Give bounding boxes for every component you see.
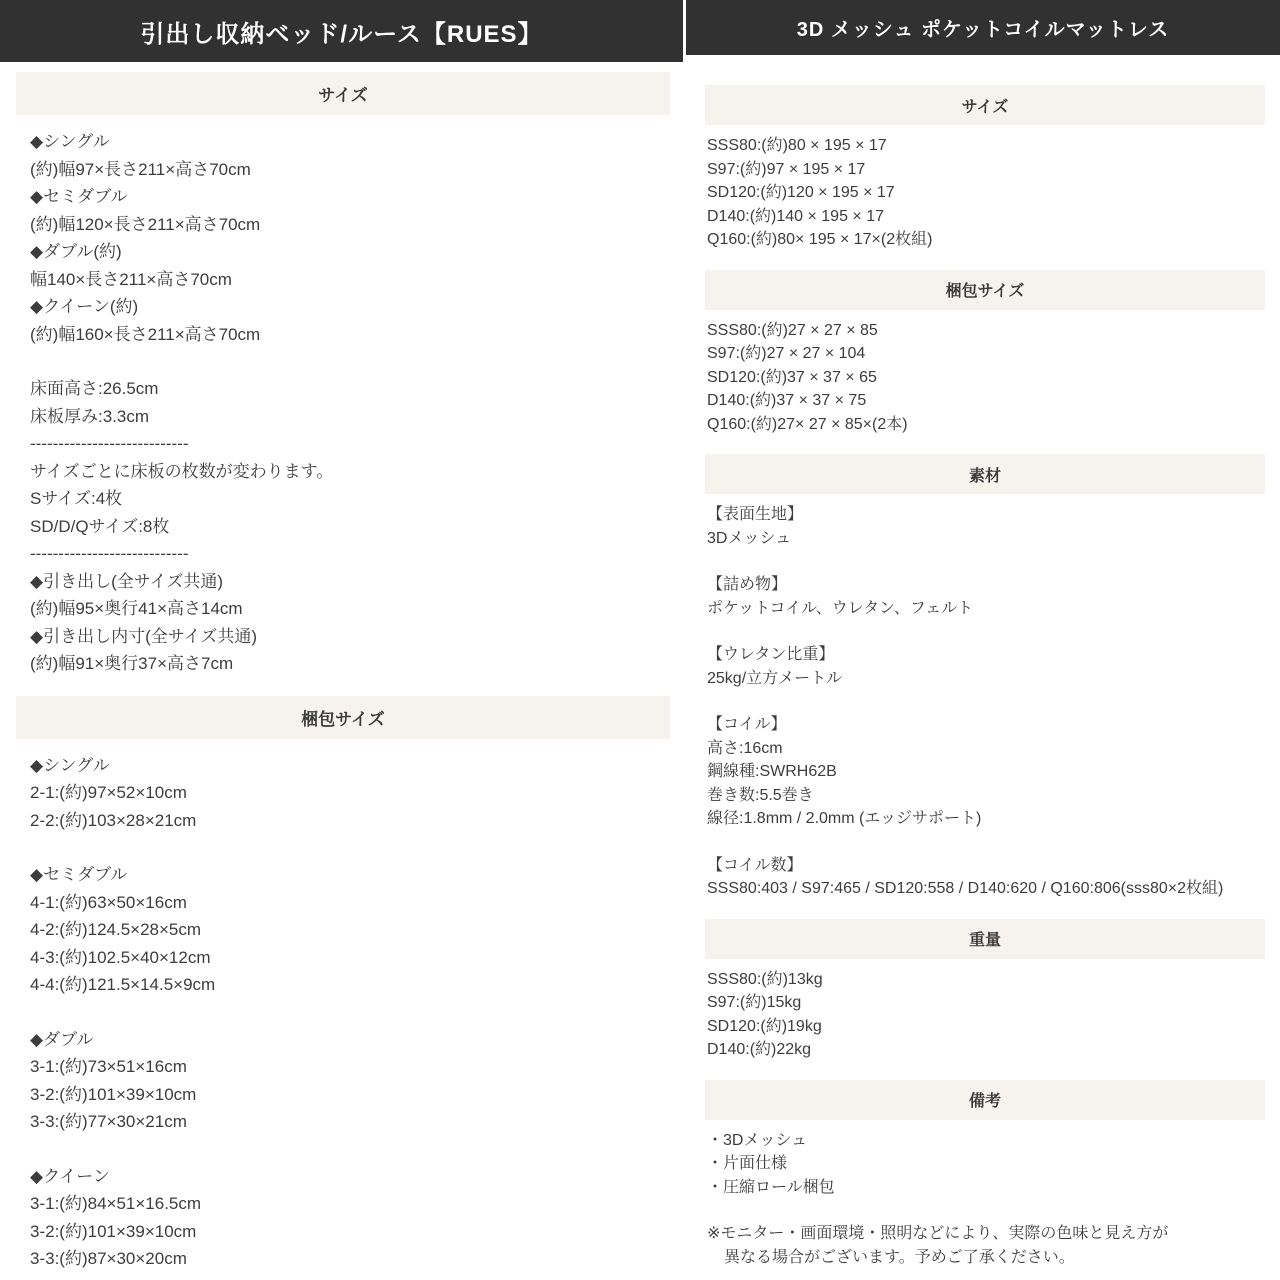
spec-line: (約)幅160×長さ211×高さ70cm xyxy=(30,321,683,349)
spec-line: 25kg/立方メートル xyxy=(707,667,1280,691)
mattress-size-content: SSS80:(約)80 × 195 × 17 S97:(約)97 × 195 ×… xyxy=(686,134,1280,252)
section-heading-size: サイズ xyxy=(16,72,670,115)
separator-line: ---------------------------- xyxy=(30,540,683,568)
spec-line: 幅140×長さ211×高さ70cm xyxy=(30,266,683,294)
spec-line: SD120:(約)19kg xyxy=(707,1015,1280,1039)
spec-line: 【表面生地】 xyxy=(707,503,1280,527)
section-heading-packing-size: 梱包サイズ xyxy=(705,270,1265,310)
disclaimer-line: 異なる場合がございます。予めご了承ください。 xyxy=(707,1246,1280,1270)
spec-line: 【コイル】 xyxy=(707,713,1280,737)
spec-line: ◆シングル xyxy=(30,752,683,780)
section-heading-weight: 重量 xyxy=(705,919,1265,959)
spec-line: 【コイル数】 xyxy=(707,854,1280,878)
material-block-coil: 【コイル】 高さ:16cm 鋼線種:SWRH62B 巻き数:5.5巻き 線径:1… xyxy=(707,713,1280,831)
packing-spec-block-single: ◆シングル 2-1:(約)97×52×10cm 2-2:(約)103×28×21… xyxy=(30,752,683,835)
size-spec-block: 床面高さ:26.5cm 床板厚み:3.3cm -----------------… xyxy=(30,375,683,678)
right-section-weight: 重量 SSS80:(約)13kg S97:(約)15kg SD120:(約)19… xyxy=(686,919,1280,1062)
spec-line: S97:(約)97 × 195 × 17 xyxy=(707,158,1280,182)
spec-line: SD120:(約)120 × 195 × 17 xyxy=(707,181,1280,205)
packing-spec-block-queen: ◆クイーン 3-1:(約)84×51×16.5cm 3-2:(約)101×39×… xyxy=(30,1163,683,1273)
right-section-packing-size: 梱包サイズ SSS80:(約)27 × 27 × 85 S97:(約)27 × … xyxy=(686,270,1280,437)
packing-spec-block-semidouble: ◆セミダブル 4-1:(約)63×50×16cm 4-2:(約)124.5×28… xyxy=(30,861,683,999)
notes-content: ・3Dメッシュ ・片面仕様 ・圧縮ロール梱包 ※モニター・画面環境・照明などによ… xyxy=(686,1129,1280,1270)
spec-line: ◆セミダブル xyxy=(30,183,683,211)
size-spec-block: ◆シングル (約)幅97×長さ211×高さ70cm ◆セミダブル (約)幅120… xyxy=(30,128,683,348)
material-block-coil-count: 【コイル数】 SSS80:403 / S97:465 / SD120:558 /… xyxy=(707,854,1280,901)
weight-block: SSS80:(約)13kg S97:(約)15kg SD120:(約)19kg … xyxy=(707,968,1280,1062)
spec-line: 【詰め物】 xyxy=(707,573,1280,597)
packing-spec-block-double: ◆ダブル 3-1:(約)73×51×16cm 3-2:(約)101×39×10c… xyxy=(30,1026,683,1136)
spec-line: S97:(約)27 × 27 × 104 xyxy=(707,342,1280,366)
spec-line: 4-4:(約)121.5×14.5×9cm xyxy=(30,971,683,999)
right-panel-mattress-spec: 3D メッシュ ポケットコイルマットレス サイズ SSS80:(約)80 × 1… xyxy=(686,0,1280,1269)
note-bullet: ・3Dメッシュ xyxy=(707,1129,1280,1153)
spec-line: D140:(約)140 × 195 × 17 xyxy=(707,205,1280,229)
spec-line: ◆ダブル(約) xyxy=(30,238,683,266)
right-section-notes: 備考 ・3Dメッシュ ・片面仕様 ・圧縮ロール梱包 ※モニター・画面環境・照明な… xyxy=(686,1080,1280,1270)
material-block-urethane: 【ウレタン比重】 25kg/立方メートル xyxy=(707,643,1280,690)
spec-line: 巻き数:5.5巻き xyxy=(707,784,1280,808)
spec-line: 3-1:(約)84×51×16.5cm xyxy=(30,1190,683,1218)
spec-line: SSS80:(約)27 × 27 × 85 xyxy=(707,319,1280,343)
separator-line: ---------------------------- xyxy=(30,430,683,458)
spec-line: Sサイズ:4枚 xyxy=(30,485,683,513)
spec-line: ◆ダブル xyxy=(30,1026,683,1054)
mattress-packing-block: SSS80:(約)27 × 27 × 85 S97:(約)27 × 27 × 1… xyxy=(707,319,1280,437)
spec-line: (約)幅97×長さ211×高さ70cm xyxy=(30,156,683,184)
spec-line: SSS80:(約)13kg xyxy=(707,968,1280,992)
mattress-size-block: SSS80:(約)80 × 195 × 17 S97:(約)97 × 195 ×… xyxy=(707,134,1280,252)
size-spec-content: ◆シングル (約)幅97×長さ211×高さ70cm ◆セミダブル (約)幅120… xyxy=(0,128,683,678)
spec-line: 3Dメッシュ xyxy=(707,527,1280,551)
left-panel-bed-spec: 引出し収納ベッド/ルース【RUES】 サイズ ◆シングル (約)幅97×長さ21… xyxy=(0,0,683,1273)
spec-line: ポケットコイル、ウレタン、フェルト xyxy=(707,597,1280,621)
spec-line: Q160:(約)80× 195 × 17×(2枚組) xyxy=(707,228,1280,252)
spec-line: 3-2:(約)101×39×10cm xyxy=(30,1218,683,1246)
weight-content: SSS80:(約)13kg S97:(約)15kg SD120:(約)19kg … xyxy=(686,968,1280,1062)
spec-line: 高さ:16cm xyxy=(707,737,1280,761)
spec-line: 床板厚み:3.3cm xyxy=(30,403,683,431)
packing-spec-content: ◆シングル 2-1:(約)97×52×10cm 2-2:(約)103×28×21… xyxy=(0,752,683,1273)
spec-line: ◆引き出し内寸(全サイズ共通) xyxy=(30,623,683,651)
spec-line: 3-1:(約)73×51×16cm xyxy=(30,1053,683,1081)
note-bullet: ・圧縮ロール梱包 xyxy=(707,1176,1280,1200)
spec-line: D140:(約)22kg xyxy=(707,1038,1280,1062)
spec-line: 4-2:(約)124.5×28×5cm xyxy=(30,916,683,944)
spec-line: 2-1:(約)97×52×10cm xyxy=(30,779,683,807)
note-bullet: ・片面仕様 xyxy=(707,1152,1280,1176)
spec-line: 【ウレタン比重】 xyxy=(707,643,1280,667)
section-heading-size: サイズ xyxy=(705,85,1265,125)
left-product-title: 引出し収納ベッド/ルース【RUES】 xyxy=(0,0,683,62)
spec-line: SD120:(約)37 × 37 × 65 xyxy=(707,366,1280,390)
spec-line: 鋼線種:SWRH62B xyxy=(707,760,1280,784)
spec-line: Q160:(約)27× 27 × 85×(2本) xyxy=(707,413,1280,437)
section-heading-packing-size: 梱包サイズ xyxy=(16,696,670,739)
spec-line: ◆クイーン xyxy=(30,1163,683,1191)
spec-line: ◆クイーン(約) xyxy=(30,293,683,321)
spec-line: 床面高さ:26.5cm xyxy=(30,375,683,403)
spec-line: 3-3:(約)87×30×20cm xyxy=(30,1245,683,1273)
material-block-filling: 【詰め物】 ポケットコイル、ウレタン、フェルト xyxy=(707,573,1280,620)
spec-line: SSS80:403 / S97:465 / SD120:558 / D140:6… xyxy=(707,877,1280,901)
spec-line: ◆引き出し(全サイズ共通) xyxy=(30,568,683,596)
disclaimer-line: ※モニター・画面環境・照明などにより、実際の色味と見え方が xyxy=(707,1222,1280,1246)
spec-line: サイズごとに床板の枚数が変わります。 xyxy=(30,458,683,486)
spec-line: S97:(約)15kg xyxy=(707,991,1280,1015)
spec-line: (約)幅95×奥行41×高さ14cm xyxy=(30,595,683,623)
spec-line: ◆セミダブル xyxy=(30,861,683,889)
mattress-packing-content: SSS80:(約)27 × 27 × 85 S97:(約)27 × 27 × 1… xyxy=(686,319,1280,437)
spec-line: 線径:1.8mm / 2.0mm (エッジサポート) xyxy=(707,807,1280,831)
left-section-packing-size: 梱包サイズ ◆シングル 2-1:(約)97×52×10cm 2-2:(約)103… xyxy=(0,696,683,1273)
spec-line: (約)幅120×長さ211×高さ70cm xyxy=(30,211,683,239)
spec-line: SD/D/Qサイズ:8枚 xyxy=(30,513,683,541)
spec-line: (約)幅91×奥行37×高さ7cm xyxy=(30,650,683,678)
spec-line: 3-3:(約)77×30×21cm xyxy=(30,1108,683,1136)
spec-line: D140:(約)37 × 37 × 75 xyxy=(707,389,1280,413)
section-heading-material: 素材 xyxy=(705,454,1265,494)
right-product-title: 3D メッシュ ポケットコイルマットレス xyxy=(686,0,1280,55)
right-section-size: サイズ SSS80:(約)80 × 195 × 17 S97:(約)97 × 1… xyxy=(686,85,1280,252)
section-heading-notes: 備考 xyxy=(705,1080,1265,1120)
spec-line: 2-2:(約)103×28×21cm xyxy=(30,807,683,835)
spec-line: 4-3:(約)102.5×40×12cm xyxy=(30,944,683,972)
notes-bullet-block: ・3Dメッシュ ・片面仕様 ・圧縮ロール梱包 xyxy=(707,1129,1280,1200)
disclaimer-block: ※モニター・画面環境・照明などにより、実際の色味と見え方が 異なる場合がございま… xyxy=(707,1222,1280,1269)
spec-line: 4-1:(約)63×50×16cm xyxy=(30,889,683,917)
right-section-material: 素材 【表面生地】 3Dメッシュ 【詰め物】 ポケットコイル、ウレタン、フェルト… xyxy=(686,454,1280,901)
spec-line: 3-2:(約)101×39×10cm xyxy=(30,1081,683,1109)
material-content: 【表面生地】 3Dメッシュ 【詰め物】 ポケットコイル、ウレタン、フェルト 【ウ… xyxy=(686,503,1280,901)
material-block-surface: 【表面生地】 3Dメッシュ xyxy=(707,503,1280,550)
spec-line: SSS80:(約)80 × 195 × 17 xyxy=(707,134,1280,158)
spec-line: ◆シングル xyxy=(30,128,683,156)
left-section-size: サイズ ◆シングル (約)幅97×長さ211×高さ70cm ◆セミダブル (約)… xyxy=(0,72,683,678)
